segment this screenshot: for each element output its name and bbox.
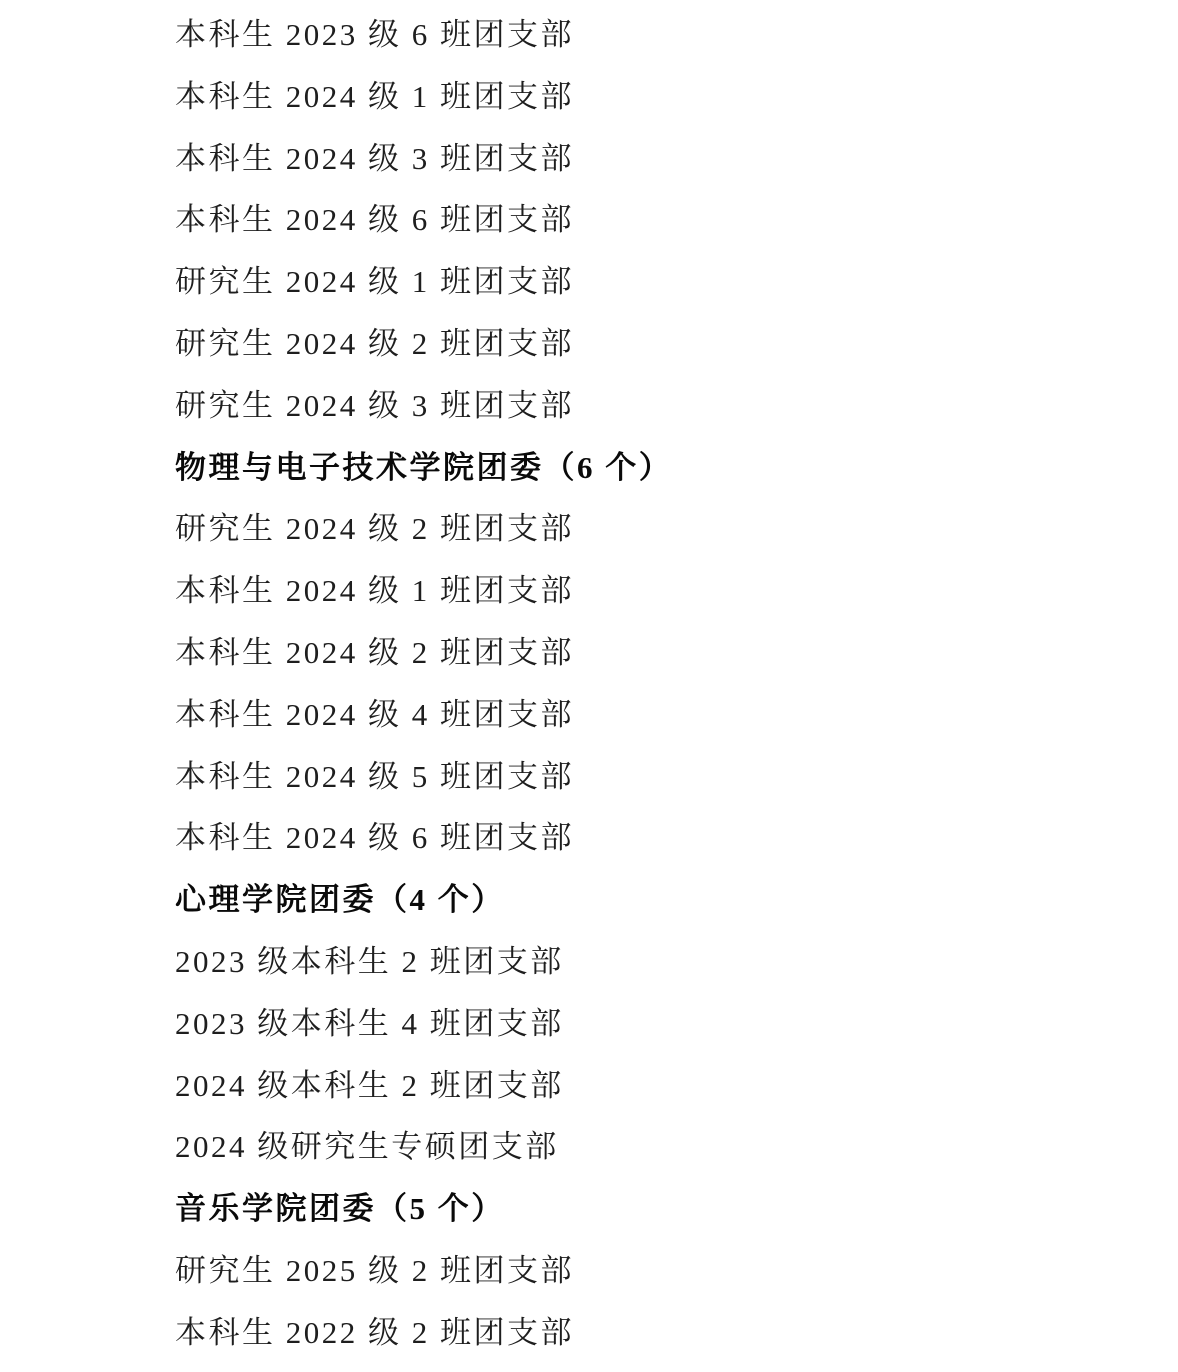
branch-item: 本科生 2024 级 1 班团支部 bbox=[175, 560, 1138, 622]
branch-item: 2024 级本科生 2 班团支部 bbox=[175, 1055, 1138, 1117]
branch-item: 本科生 2024 级 6 班团支部 bbox=[175, 807, 1138, 869]
branch-item: 本科生 2023 级 6 班团支部 bbox=[175, 4, 1138, 66]
branch-item: 本科生 2024 级 6 班团支部 bbox=[175, 189, 1138, 251]
branch-item: 研究生 2024 级 3 班团支部 bbox=[175, 375, 1138, 437]
branch-item: 本科生 2024 级 3 班团支部 bbox=[175, 128, 1138, 190]
document-page: 本科生 2023 级 6 班团支部本科生 2024 级 1 班团支部本科生 20… bbox=[0, 0, 1178, 1372]
section-heading: 物理与电子技术学院团委（6 个） bbox=[175, 437, 1138, 499]
league-branch-list: 本科生 2023 级 6 班团支部本科生 2024 级 1 班团支部本科生 20… bbox=[175, 4, 1138, 1364]
branch-item: 本科生 2024 级 2 班团支部 bbox=[175, 622, 1138, 684]
branch-item: 研究生 2024 级 2 班团支部 bbox=[175, 313, 1138, 375]
section-heading: 心理学院团委（4 个） bbox=[175, 869, 1138, 931]
branch-item: 2024 级研究生专硕团支部 bbox=[175, 1116, 1138, 1178]
branch-item: 研究生 2024 级 2 班团支部 bbox=[175, 498, 1138, 560]
branch-item: 研究生 2025 级 2 班团支部 bbox=[175, 1240, 1138, 1302]
section-heading: 音乐学院团委（5 个） bbox=[175, 1178, 1138, 1240]
branch-item: 本科生 2024 级 1 班团支部 bbox=[175, 66, 1138, 128]
branch-item: 2023 级本科生 4 班团支部 bbox=[175, 993, 1138, 1055]
branch-item: 本科生 2024 级 5 班团支部 bbox=[175, 746, 1138, 808]
branch-item: 本科生 2024 级 4 班团支部 bbox=[175, 684, 1138, 746]
branch-item: 本科生 2022 级 2 班团支部 bbox=[175, 1302, 1138, 1364]
branch-item: 2023 级本科生 2 班团支部 bbox=[175, 931, 1138, 993]
branch-item: 研究生 2024 级 1 班团支部 bbox=[175, 251, 1138, 313]
